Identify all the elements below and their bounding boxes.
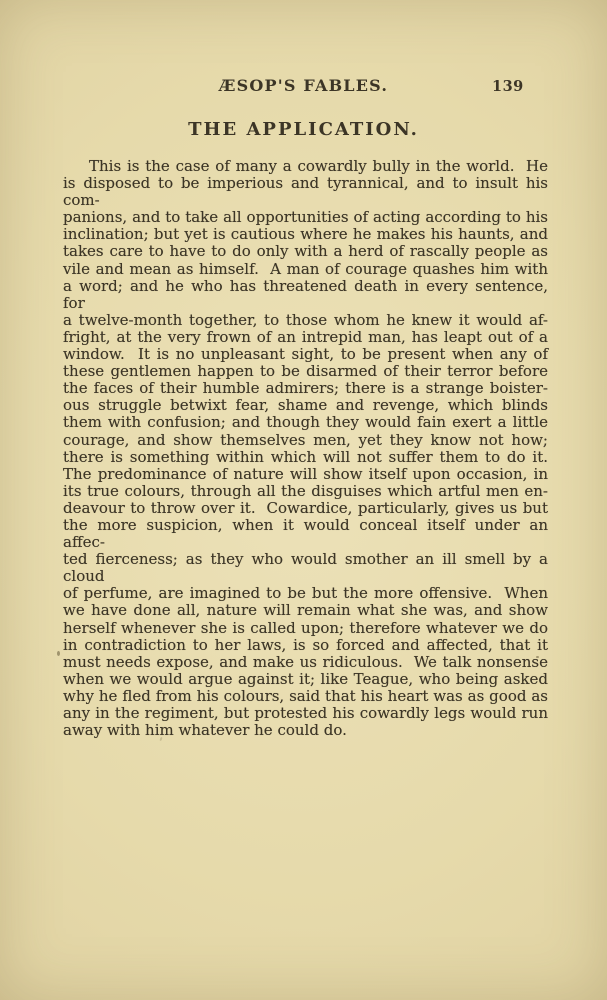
text-line: the more suspicion, when it would concea… xyxy=(63,517,548,551)
text-line: we have done all, nature will remain wha… xyxy=(63,602,548,619)
text-line: there is something within which will not… xyxy=(63,449,548,466)
text-line: the faces of their humble admirers; ther… xyxy=(63,380,548,397)
text-line: its true colours, through all the disgui… xyxy=(63,483,548,500)
text-line: them with confusion; and though they wou… xyxy=(63,414,548,431)
text-line: herself whenever she is called upon; the… xyxy=(63,620,548,637)
text-line: these gentlemen happen to be disarmed of… xyxy=(63,363,548,380)
text-line: any in the regiment, but protested his c… xyxy=(63,705,548,722)
text-line: window. It is no unpleasant sight, to be… xyxy=(63,346,548,363)
text-line: courage, and show themselves men, yet th… xyxy=(63,432,548,449)
text-line: must needs expose, and make us ridiculou… xyxy=(63,654,548,671)
scan-speck xyxy=(536,656,539,658)
text-line: The predominance of nature will show its… xyxy=(63,466,548,483)
text-line: deavour to throw over it. Cowardice, par… xyxy=(63,500,548,517)
text-line: This is the case of many a cowardly bull… xyxy=(63,158,548,175)
text-line: takes care to have to do only with a her… xyxy=(63,243,548,260)
text-line: away with him whatever he could do. xyxy=(63,722,548,739)
text-line: panions, and to take all opportunities o… xyxy=(63,209,548,226)
text-line: when we would argue against it; like Tea… xyxy=(63,671,548,688)
text-line: a twelve-month together, to those whom h… xyxy=(63,312,548,329)
text-line: ous struggle betwixt fear, shame and rev… xyxy=(63,397,548,414)
book-page: ÆSOP'S FABLES. 139 THE APPLICATION. This… xyxy=(0,0,607,1000)
scan-speck xyxy=(57,651,60,656)
text-line: vile and mean as himself. A man of coura… xyxy=(63,261,548,278)
section-title: THE APPLICATION. xyxy=(0,119,607,140)
text-line: in contradiction to her laws, is so forc… xyxy=(63,637,548,654)
paragraph: This is the case of many a cowardly bull… xyxy=(63,158,548,739)
text-line: why he fled from his colours, said that … xyxy=(63,688,548,705)
text-line: a word; and he who has threatened death … xyxy=(63,278,548,312)
text-line: inclination; but yet is cautious where h… xyxy=(63,226,548,243)
text-line: fright, at the very frown of an intrepid… xyxy=(63,329,548,346)
text-line: ted fierceness; as they who would smothe… xyxy=(63,551,548,585)
page-number: 139 xyxy=(492,78,524,95)
text-line: is disposed to be imperious and tyrannic… xyxy=(63,175,548,209)
text-line: of perfume, are imagined to be but the m… xyxy=(63,585,548,602)
